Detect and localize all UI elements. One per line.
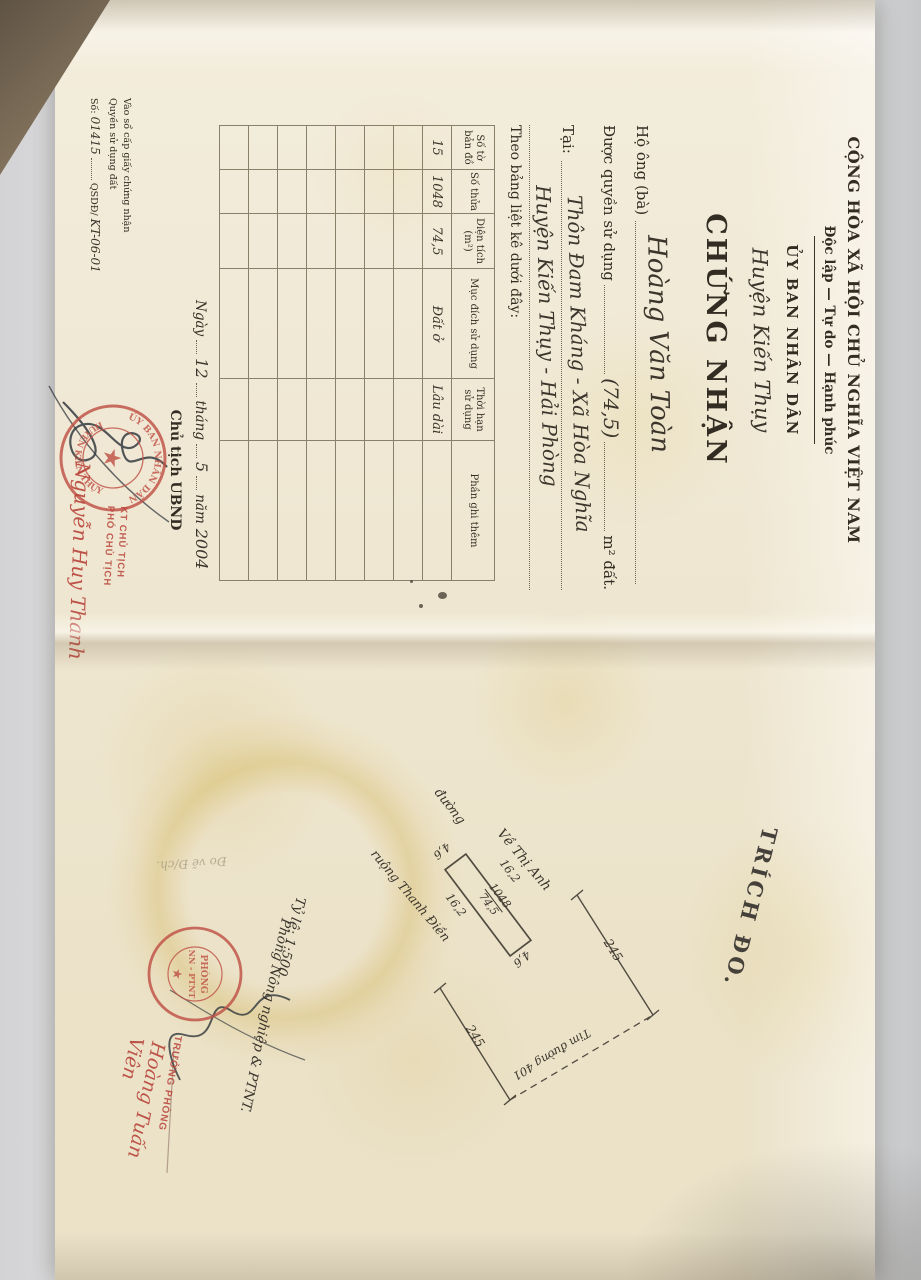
date-dot-1 <box>196 340 211 354</box>
issuer-handwritten: Huyện Kiến Thụy <box>744 30 779 650</box>
table-cell <box>336 269 365 379</box>
table-cell <box>394 214 423 269</box>
table-cell <box>394 379 423 441</box>
location-line-1: Tại: Thôn Đam Kháng - Xã Hòa Nghĩa <box>555 125 589 590</box>
table-cell <box>249 269 278 379</box>
stamp2-line-1: PHÒNG <box>198 954 210 993</box>
table-row <box>220 126 249 581</box>
table-cell <box>220 441 249 581</box>
national-motto-line1: CỘNG HÒA XÃ HỘI CHỦ NGHĨA VIỆT NAM <box>844 30 863 650</box>
registry-number-label: Số: <box>89 98 100 114</box>
table-cell <box>307 441 336 581</box>
grant-line: Được quyền sử dụng (74,5) m² đất. <box>599 125 623 590</box>
table-cell <box>278 214 307 269</box>
table-cell: 74,5 <box>423 214 452 269</box>
holder-dotted-line <box>635 221 636 584</box>
table-cell <box>278 441 307 581</box>
table-cell <box>220 379 249 441</box>
table-cell <box>336 214 365 269</box>
location-dotted-2 <box>529 125 530 590</box>
table-cell <box>365 269 394 379</box>
table-row <box>394 126 423 581</box>
location-line-2: Huyện Kiến Thụy - Hải Phòng <box>523 125 555 590</box>
table-row: 15104874,5Đất ởLâu dài <box>423 126 452 581</box>
table-cell <box>220 170 249 214</box>
table-cell <box>220 269 249 379</box>
col-notes: Phần ghi thêm <box>452 441 495 581</box>
table-cell <box>278 126 307 170</box>
table-cell <box>307 170 336 214</box>
stamp-star-icon: ★ <box>98 447 126 469</box>
national-motto-line2: Độc lập — Tự do — Hạnh phúc <box>821 30 837 650</box>
table-cell <box>278 269 307 379</box>
grant-dotted-1 <box>604 285 620 374</box>
location-label: Tại: <box>559 125 577 154</box>
table-cell <box>249 126 278 170</box>
table-cell <box>307 126 336 170</box>
stamp-ring-top-text: ỦY BAN NHÂN DÂN <box>127 410 163 504</box>
svg-text:ỦY BAN NHÂN DÂN: ỦY BAN NHÂN DÂN <box>127 410 163 504</box>
table-row <box>307 126 336 581</box>
col-purpose: Mục đích sử dụng <box>452 269 495 379</box>
date-month-handwritten: 5 <box>192 462 211 472</box>
table-cell <box>307 269 336 379</box>
table-row <box>336 126 365 581</box>
table-cell <box>394 170 423 214</box>
document: CỘNG HÒA XÃ HỘI CHỦ NGHĨA VIỆT NAM Độc l… <box>0 0 921 1280</box>
registry-line-1: Vào sổ cấp giấy chứng nhận <box>119 98 133 368</box>
date-dot-3 <box>196 444 211 458</box>
table-cell <box>365 170 394 214</box>
stamp2-star-icon: ★ <box>169 968 184 980</box>
table-cell <box>278 379 307 441</box>
holder-line: Hộ ông (bà) Hoàng Văn Toàn <box>629 125 667 590</box>
holder-name-handwritten: Hoàng Văn Toàn <box>641 235 675 453</box>
table-cell <box>249 170 278 214</box>
table-cell <box>365 126 394 170</box>
table-cell <box>423 441 452 581</box>
office-round-stamp: PHÒNG NN - PTNT ★ <box>145 924 245 1024</box>
table-cell <box>394 126 423 170</box>
registry-line-2: Quyền sử dụng đất <box>105 98 119 368</box>
sketch-page: TRÍCH ĐO. <box>55 640 875 1280</box>
date-infix-2: năm <box>192 494 208 524</box>
table-cell <box>336 379 365 441</box>
date-day-handwritten: 12 <box>192 358 211 378</box>
grant-area-handwritten: (74,5) <box>599 378 623 438</box>
col-duration: Thời hạn sử dụng <box>452 379 495 441</box>
table-cell <box>336 441 365 581</box>
stamp2-line-2: NN - PTNT <box>187 950 197 999</box>
date-infix-1: tháng <box>192 401 208 441</box>
table-cell: 15 <box>423 126 452 170</box>
table-row <box>365 126 394 581</box>
table-row <box>249 126 278 581</box>
registry-note: Vào sổ cấp giấy chứng nhận Quyền sử dụng… <box>86 98 133 368</box>
table-cell <box>336 170 365 214</box>
cert-table-body: 15104874,5Đất ởLâu dài <box>220 126 452 581</box>
deputy-chairman-stamp-text: KT CHỦ TỊCH PHÓ CHỦ TỊCH <box>99 505 129 587</box>
registry-code-handwritten: KT-06-01 <box>89 219 103 273</box>
certificate-title: CHỨNG NHẬN <box>700 30 731 650</box>
date-line: Ngày 12 tháng 5 năm 2004 <box>192 300 211 575</box>
grant-unit: m² đất. <box>600 535 618 590</box>
col-area: Diện tích (m²) <box>452 214 495 269</box>
holder-label: Hộ ông (bà) <box>633 125 651 215</box>
table-cell <box>307 214 336 269</box>
table-header: Số tờ bản đồ Số thửa Diện tích (m²) Mục … <box>452 126 495 581</box>
table-intro: Theo bảng liệt kê dưới đây: <box>507 125 523 590</box>
date-dot-4 <box>196 476 211 490</box>
table-row <box>278 126 307 581</box>
certificate-header: CỘNG HÒA XÃ HỘI CHỦ NGHĨA VIỆT NAM Độc l… <box>700 30 863 650</box>
certificate-page: CỘNG HÒA XÃ HỘI CHỦ NGHĨA VIỆT NAM Độc l… <box>55 0 875 640</box>
paper-sheet: CỘNG HÒA XÃ HỘI CHỦ NGHĨA VIỆT NAM Độc l… <box>55 0 875 1280</box>
location-dotted-1 <box>561 161 562 590</box>
col-parcel-no: Số thửa <box>452 170 495 214</box>
date-prefix: Ngày <box>192 300 208 336</box>
table-cell: Lâu dài <box>423 379 452 441</box>
registry-line-3: Số: 01415 QSDĐ/ KT-06-01 <box>86 98 104 368</box>
table-cell <box>249 214 278 269</box>
ink-speck <box>410 580 413 583</box>
table-cell <box>307 379 336 441</box>
registry-suffix: QSDĐ/ <box>89 183 100 216</box>
table-cell <box>249 379 278 441</box>
table-cell <box>220 214 249 269</box>
table-cell <box>249 441 278 581</box>
grant-label: Được quyền sử dụng <box>600 125 618 281</box>
table-cell <box>220 126 249 170</box>
motto-underline <box>814 236 815 444</box>
table-cell <box>336 126 365 170</box>
table-cell <box>278 170 307 214</box>
table-cell: Đất ở <box>423 269 452 379</box>
land-table: Số tờ bản đồ Số thửa Diện tích (m²) Mục … <box>219 125 495 581</box>
table-cell <box>394 441 423 581</box>
table-header-row: Số tờ bản đồ Số thửa Diện tích (m²) Mục … <box>452 126 495 581</box>
photo-background: CỘNG HÒA XÃ HỘI CHỦ NGHĨA VIỆT NAM Độc l… <box>0 0 921 1280</box>
table-cell <box>394 269 423 379</box>
issuer-label: ỦY BAN NHÂN DÂN <box>783 30 801 650</box>
table-cell: 1048 <box>423 170 452 214</box>
table-cell <box>365 214 394 269</box>
date-dot-2 <box>196 383 211 397</box>
ink-speck <box>438 592 447 599</box>
location-handwritten-1: Thôn Đam Kháng - Xã Hòa Nghĩa <box>563 195 596 533</box>
date-year-handwritten: 2004 <box>192 529 211 570</box>
grant-dotted-2 <box>604 442 620 531</box>
registry-number-handwritten: 01415 <box>89 117 103 155</box>
col-map-sheet: Số tờ bản đồ <box>452 126 495 170</box>
ink-speck <box>419 604 423 608</box>
registry-dotted <box>92 158 93 180</box>
table-cell <box>365 441 394 581</box>
table-cell <box>365 379 394 441</box>
